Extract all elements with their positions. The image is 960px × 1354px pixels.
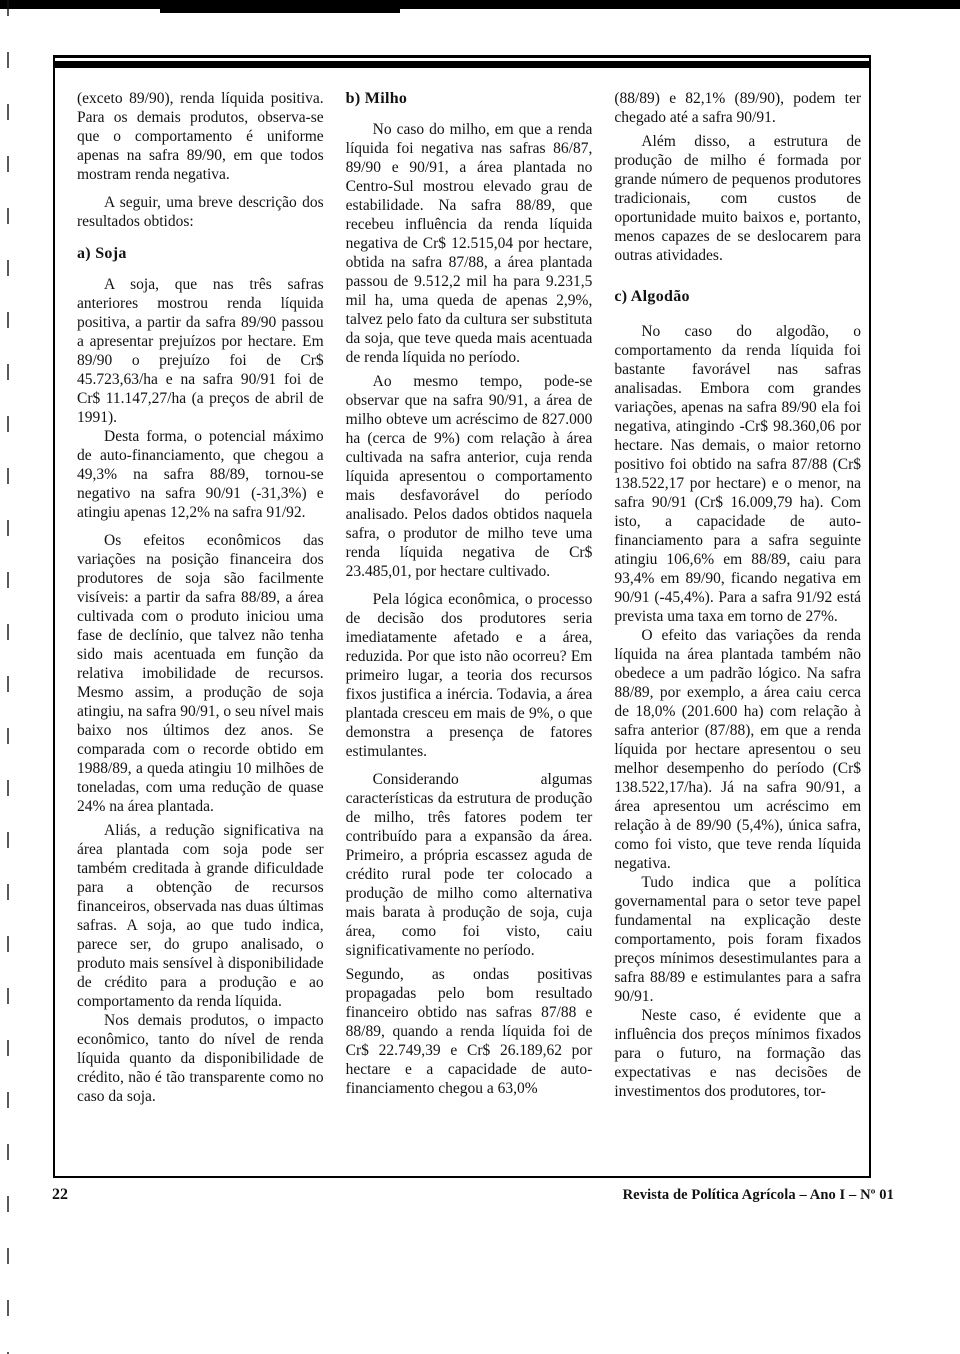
paragraph: Segundo, as ondas positivas propagadas p… [346,965,593,1098]
paragraph: Pela lógica econômica, o processo de dec… [346,590,593,761]
section-heading-soja: a) Soja [77,244,324,263]
scan-artifact-top-bar-fragment [160,9,400,13]
paragraph: A seguir, uma breve descrição dos result… [77,193,324,231]
paragraph: Os efeitos econômicos das variações na p… [77,531,324,816]
article-frame: (exceto 89/90), renda líquida positiva. … [53,55,871,1178]
page-number: 22 [52,1186,68,1204]
column-right: (88/89) e 82,1% (89/90), podem ter chega… [614,89,861,1106]
paragraph: Neste caso, é evidente que a influência … [614,1006,861,1101]
paragraph: (88/89) e 82,1% (89/90), podem ter chega… [614,89,861,127]
paragraph: Considerando algumas características da … [346,770,593,960]
section-heading-milho: b) Milho [346,89,593,108]
paragraph: No caso do algodão, o comportamento da r… [614,322,861,626]
paragraph: (exceto 89/90), renda líquida positiva. … [77,89,324,184]
column-left: (exceto 89/90), renda líquida positiva. … [77,89,324,1106]
scan-artifact-left-edge [7,0,9,1354]
paragraph: Nos demais produtos, o impacto econômico… [77,1011,324,1106]
paragraph: Ao mesmo tempo, pode-se observar que na … [346,372,593,581]
paragraph: Desta forma, o potencial máximo de auto-… [77,427,324,522]
scan-artifact-top-bar [0,0,960,9]
column-middle: b) Milho No caso do milho, em que a rend… [346,89,593,1106]
scanned-document-page: { "col1": { "p_cont": "(exceto 89/90), r… [0,0,960,1354]
paragraph: Tudo indica que a política governamental… [614,873,861,1006]
paragraph: No caso do milho, em que a renda líquida… [346,120,593,367]
paragraph: O efeito das variações da renda líquida … [614,626,861,873]
paragraph: Aliás, a redução significativa na área p… [77,821,324,1011]
section-heading-algodao: c) Algodão [614,287,861,306]
paragraph: Além disso, a estrutura de produção de m… [614,132,861,265]
journal-footer-title: Revista de Política Agrícola – Ano I – N… [623,1187,894,1204]
top-rule-thick [53,61,871,68]
article-columns: (exceto 89/90), renda líquida positiva. … [55,68,869,1106]
paragraph: A soja, que nas três safras anteriores m… [77,275,324,427]
top-rule-thin [53,55,871,58]
